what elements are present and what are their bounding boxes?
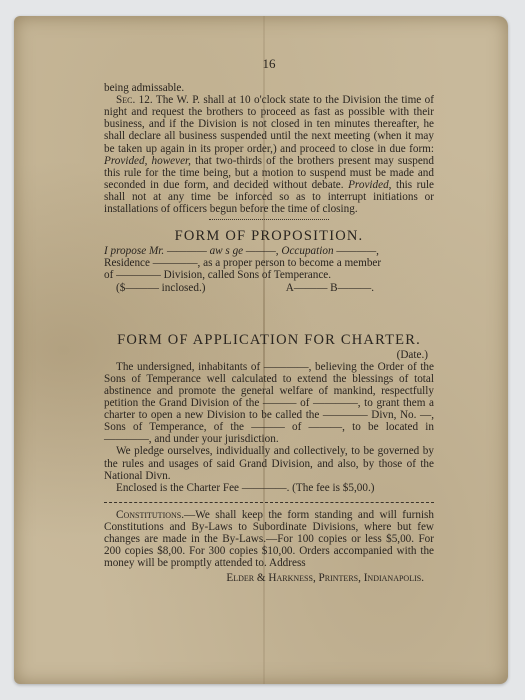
charter-heading: FORM OF APPLICATION FOR CHARTER. [104,334,434,346]
signatures: A——— B———. [286,282,374,294]
charter-fee: Enclosed is the Charter Fee ————. (The f… [104,482,434,494]
section-12-text: The W. P. shall at 10 o'clock state to t… [104,94,434,154]
proposition-line-4: ($——— inclosed.) A——— B———. [104,282,434,294]
proposition-line-1: I propose Mr. ———— aw s ge ———, Occupati… [104,245,434,257]
page-number: 16 [104,58,434,70]
section-label: Sec. 12. [116,94,153,106]
date-label: (Date.) [104,349,434,361]
charter-petition: The undersigned, inhabitants of ————, be… [104,361,434,446]
constitutions-label: Constitutions. [116,509,184,521]
proposition-heading: FORM OF PROPOSITION. [104,230,434,242]
proposition-line-3: of ———— Division, called Sons of Tempera… [104,269,434,281]
spacer [104,294,434,328]
page-content: 16 being admissable. Sec. 12. The W. P. … [104,58,434,584]
continued-text: being admissable. [104,82,434,94]
charter-pledge: We pledge ourselves, individually and co… [104,445,434,481]
proposition-line-2: Residence ————, as a proper person to be… [104,257,434,269]
enclosed-fee: ($——— inclosed.) [116,282,205,294]
ornamental-divider [209,219,329,220]
proviso-2-label: Provided, [348,179,391,191]
section-12: Sec. 12. The W. P. shall at 10 o'clock s… [104,94,434,215]
constitutions-notice: Constitutions.—We shall keep the form st… [104,509,434,569]
printer-imprint: Elder & Harkness, Printers, Indianapolis… [104,572,434,584]
dashed-divider [104,502,434,503]
proposition-line-1-text: I propose Mr. ———— aw s ge ———, Occupati… [104,245,379,257]
proviso-1-label: Provided, however, [104,155,191,167]
